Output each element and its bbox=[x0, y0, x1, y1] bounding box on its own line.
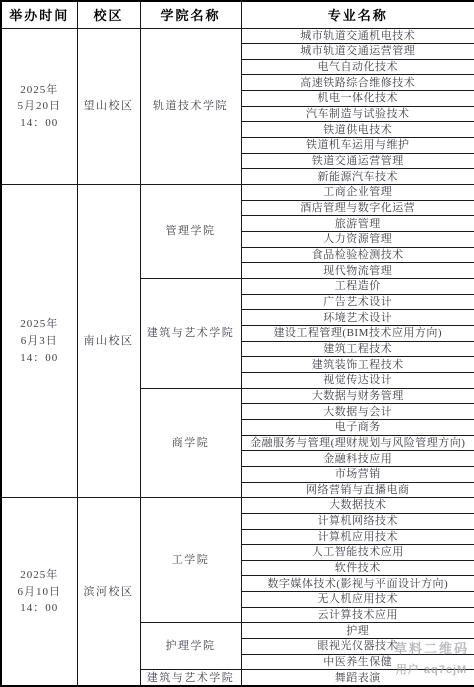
event-time-line: 5月20日 bbox=[2, 100, 77, 112]
header-college-name: 学院名称 bbox=[140, 1, 241, 28]
major-name-cell: 舞蹈表演 bbox=[241, 670, 474, 686]
college-name-cell: 工学院 bbox=[140, 498, 241, 623]
major-name-cell: 建筑装饰工程技术 bbox=[241, 357, 474, 373]
major-name-cell: 建设工程管理(BIM技术应用方向) bbox=[241, 325, 474, 341]
major-name-cell: 眼视光仪器技术 bbox=[241, 639, 474, 655]
major-name-cell: 市场营销 bbox=[241, 466, 474, 482]
event-time-line: 2025年 bbox=[2, 569, 77, 581]
major-name-cell: 视觉传达设计 bbox=[241, 372, 474, 388]
major-name-cell: 护理 bbox=[241, 623, 474, 639]
major-name-cell: 铁道供电技术 bbox=[241, 122, 474, 138]
campus-cell: 滨河校区 bbox=[77, 498, 140, 686]
college-name-cell: 护理学院 bbox=[140, 623, 241, 670]
major-name-cell: 机电一体化技术 bbox=[241, 91, 474, 107]
major-name-cell: 铁道机车运用与维护 bbox=[241, 138, 474, 154]
major-name-cell: 金融服务与管理(理财规划与风险管理方向) bbox=[241, 435, 474, 451]
major-name-cell: 工商企业管理 bbox=[241, 185, 474, 201]
event-time-line: 6月10日 bbox=[2, 586, 77, 598]
major-name-cell: 计算机网络技术 bbox=[241, 513, 474, 529]
event-time-cell: 2025年6月10日14：00 bbox=[1, 498, 77, 686]
major-name-cell: 高速铁路综合维修技术 bbox=[241, 75, 474, 91]
college-name-cell: 管理学院 bbox=[140, 185, 241, 279]
event-time-cell: 2025年6月3日14：00 bbox=[1, 185, 77, 498]
major-name-cell: 电子商务 bbox=[241, 419, 474, 435]
major-name-cell: 铁道交通运营管理 bbox=[241, 153, 474, 169]
major-name-cell: 大数据技术 bbox=[241, 498, 474, 514]
table-row: 2025年6月3日14：00南山校区管理学院工商企业管理 bbox=[1, 185, 474, 201]
table-row: 2025年5月20日14：00望山校区轨道技术学院城市轨道交通机电技术 bbox=[1, 28, 474, 44]
college-name-cell: 建筑与艺术学院 bbox=[140, 279, 241, 389]
major-name-cell: 网络营销与直播电商 bbox=[241, 482, 474, 498]
college-name-cell: 商学院 bbox=[140, 388, 241, 498]
major-name-cell: 环境艺术设计 bbox=[241, 310, 474, 326]
event-time-line: 14：00 bbox=[2, 602, 77, 614]
major-name-cell: 工程造价 bbox=[241, 279, 474, 295]
major-name-cell: 计算机应用技术 bbox=[241, 529, 474, 545]
major-name-cell: 数字媒体技术(影视与平面设计方向) bbox=[241, 576, 474, 592]
major-name-cell: 人力资源管理 bbox=[241, 232, 474, 248]
major-name-cell: 云计算技术应用 bbox=[241, 607, 474, 623]
event-time-line: 2025年 bbox=[2, 318, 77, 330]
major-name-cell: 软件技术 bbox=[241, 560, 474, 576]
header-row: 举办时间 校区 学院名称 专业名称 bbox=[1, 1, 474, 28]
major-name-cell: 中医养生保健 bbox=[241, 654, 474, 670]
event-time-cell: 2025年5月20日14：00 bbox=[1, 28, 77, 185]
header-major-name: 专业名称 bbox=[241, 1, 474, 28]
event-time-line: 14：00 bbox=[2, 352, 77, 364]
major-name-cell: 汽车制造与试验技术 bbox=[241, 106, 474, 122]
major-name-cell: 广告艺术设计 bbox=[241, 294, 474, 310]
header-event-time: 举办时间 bbox=[1, 1, 77, 28]
campus-cell: 南山校区 bbox=[77, 185, 140, 498]
major-name-cell: 大数据与会计 bbox=[241, 404, 474, 420]
major-name-cell: 电气自动化技术 bbox=[241, 59, 474, 75]
event-time-line: 2025年 bbox=[2, 84, 77, 96]
major-name-cell: 人工智能技术应用 bbox=[241, 545, 474, 561]
major-name-cell: 新能源汽车技术 bbox=[241, 169, 474, 185]
major-name-cell: 城市轨道交通运营管理 bbox=[241, 44, 474, 60]
table-row: 2025年6月10日14：00滨河校区工学院大数据技术 bbox=[1, 498, 474, 514]
table-body: 2025年5月20日14：00望山校区轨道技术学院城市轨道交通机电技术城市轨道交… bbox=[1, 28, 474, 686]
major-name-cell: 城市轨道交通机电技术 bbox=[241, 28, 474, 44]
schedule-table: 举办时间 校区 学院名称 专业名称 2025年5月20日14：00望山校区轨道技… bbox=[0, 0, 474, 687]
major-name-cell: 金融科技应用 bbox=[241, 451, 474, 467]
major-name-cell: 无人机应用技术 bbox=[241, 592, 474, 608]
major-name-cell: 食品检验检测技术 bbox=[241, 247, 474, 263]
event-time-line: 14：00 bbox=[2, 117, 77, 129]
major-name-cell: 建筑工程技术 bbox=[241, 341, 474, 357]
campus-cell: 望山校区 bbox=[77, 28, 140, 185]
event-time-line: 6月3日 bbox=[2, 335, 77, 347]
college-name-cell: 轨道技术学院 bbox=[140, 28, 241, 185]
college-name-cell: 建筑与艺术学院 bbox=[140, 670, 241, 686]
header-campus: 校区 bbox=[77, 1, 140, 28]
schedule-page: 举办时间 校区 学院名称 专业名称 2025年5月20日14：00望山校区轨道技… bbox=[0, 0, 474, 687]
major-name-cell: 现代物流管理 bbox=[241, 263, 474, 279]
major-name-cell: 大数据与财务管理 bbox=[241, 388, 474, 404]
major-name-cell: 旅游管理 bbox=[241, 216, 474, 232]
table-header: 举办时间 校区 学院名称 专业名称 bbox=[1, 1, 474, 28]
major-name-cell: 酒店管理与数字化运营 bbox=[241, 200, 474, 216]
